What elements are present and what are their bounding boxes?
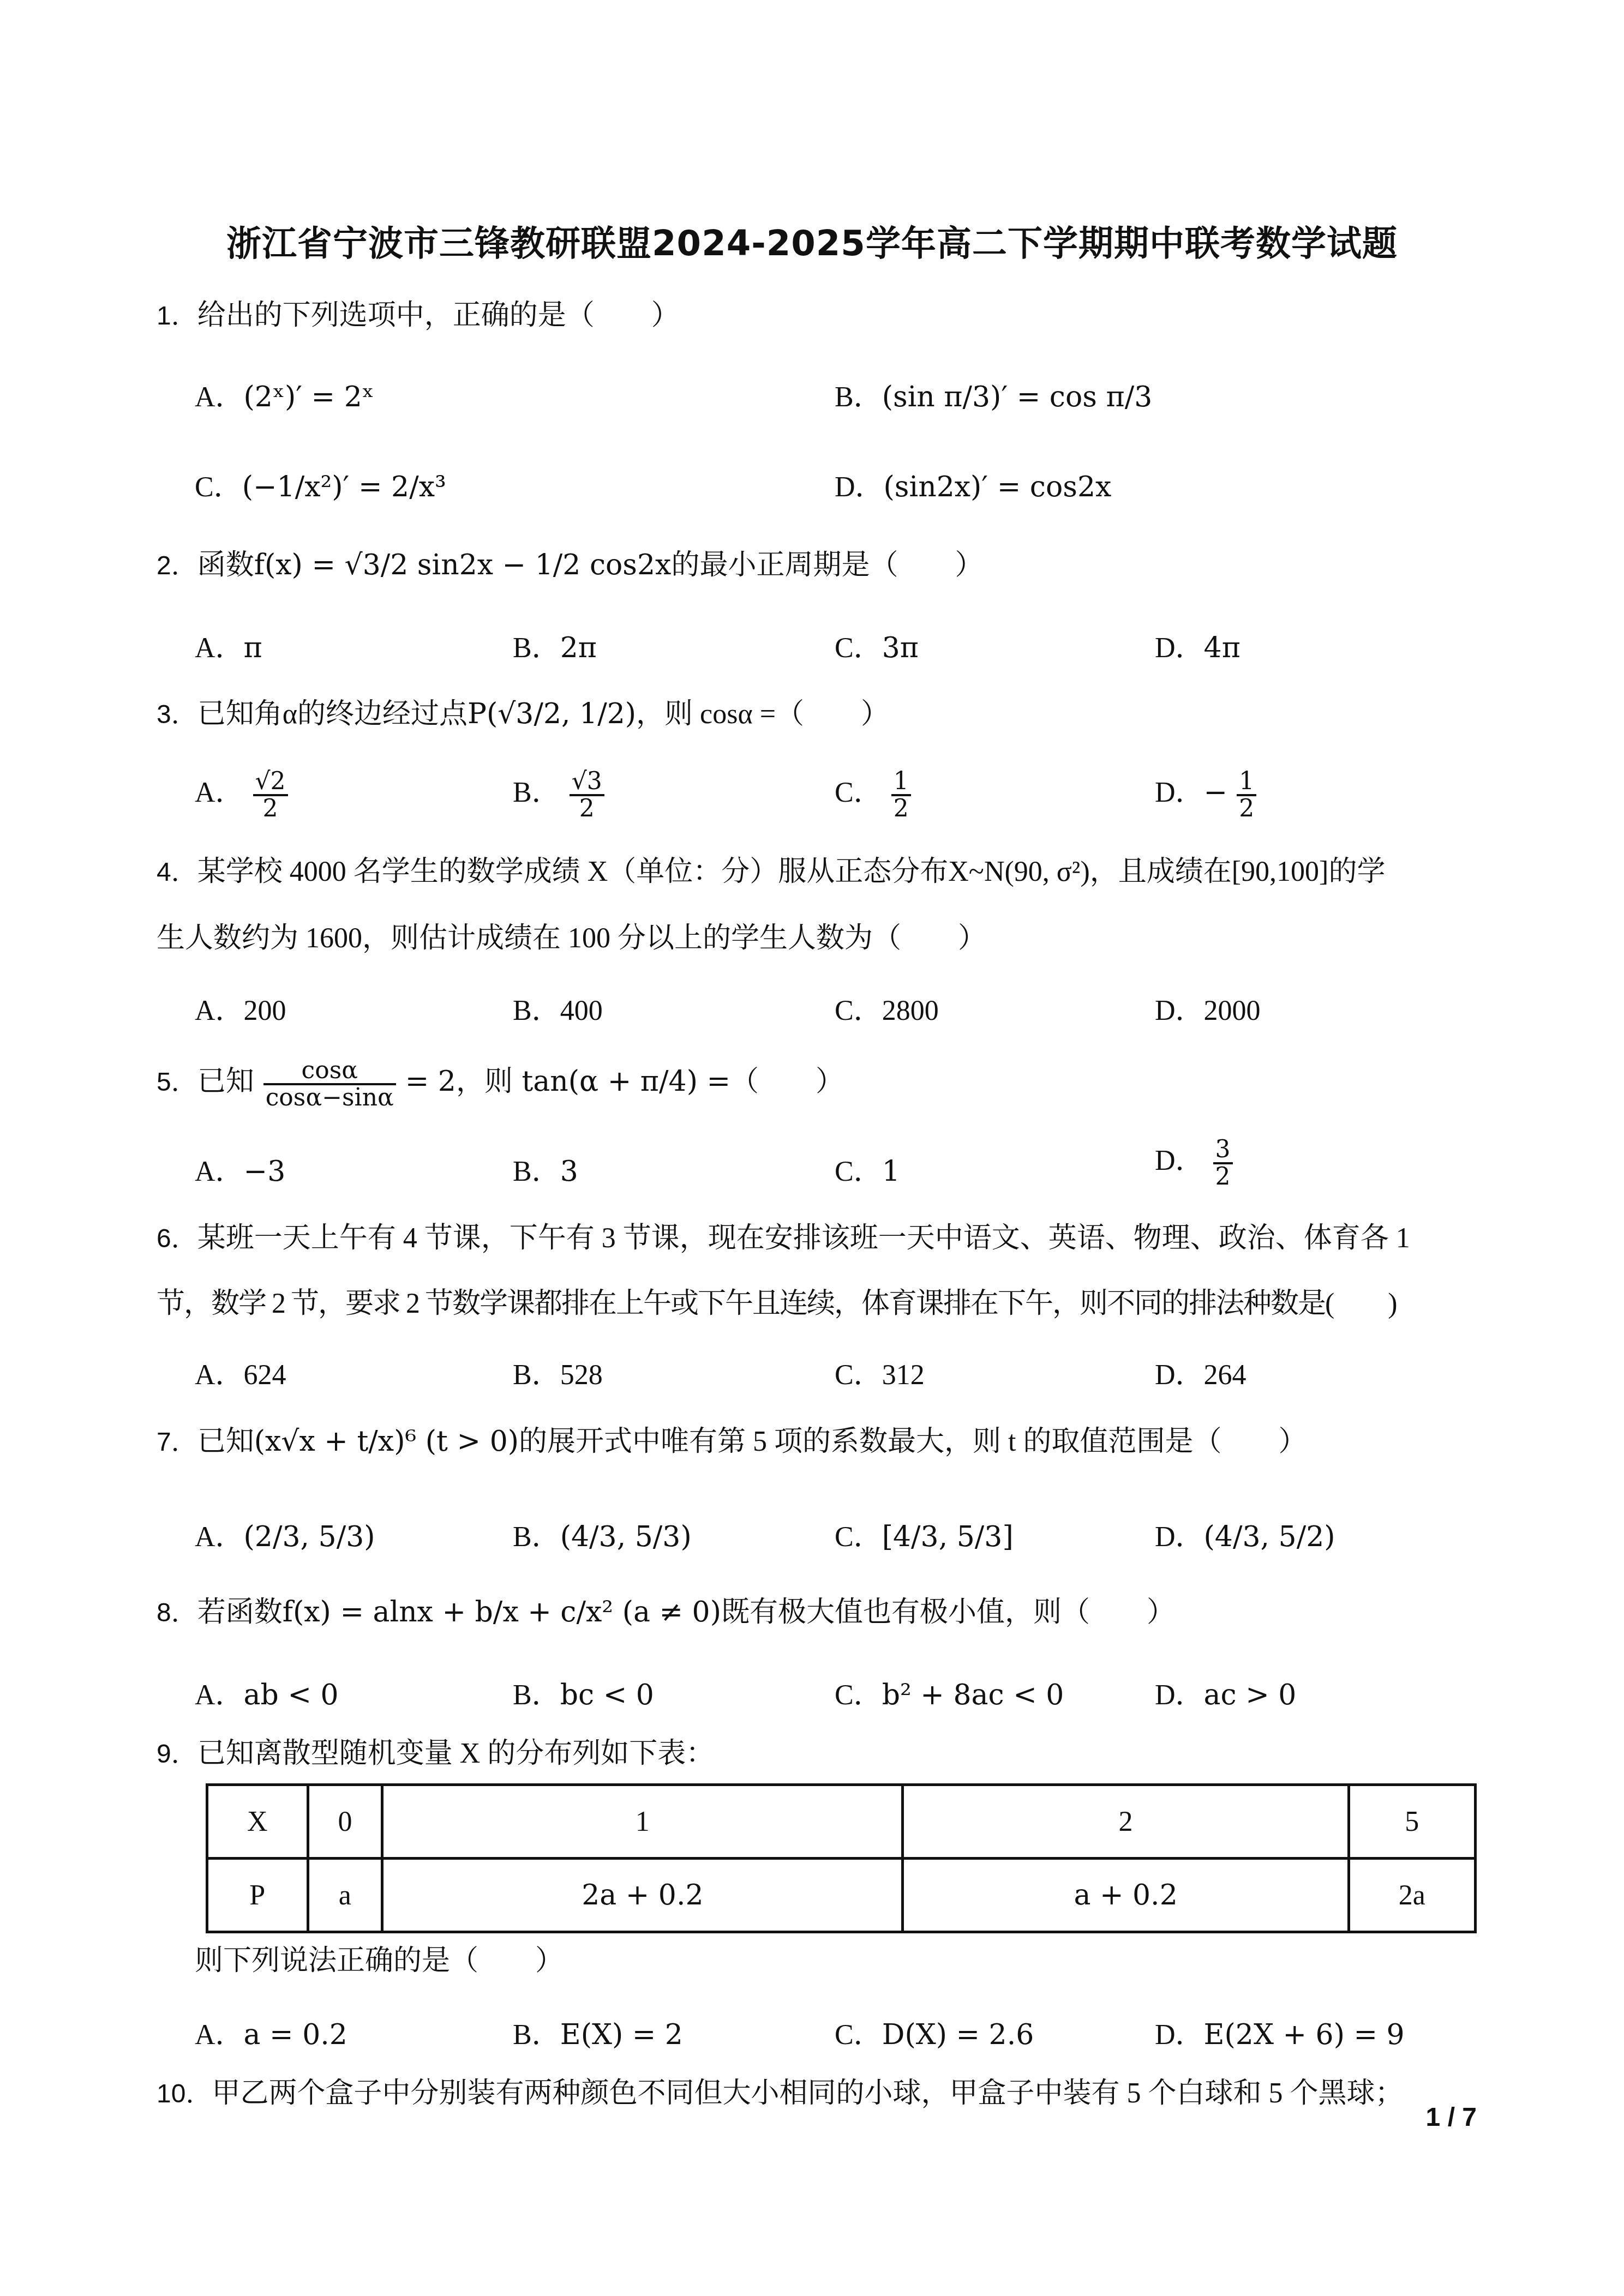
- question-6-option-a: A．624: [195, 1351, 286, 1392]
- question-4-stem-line2: 生人数约为 1600，则估计成绩在 100 分以上的学生人数为（ ）: [157, 922, 986, 955]
- fraction: √22: [253, 769, 288, 821]
- question-1-stem: 1．给出的下列选项中，正确的是（ ）: [157, 299, 680, 333]
- fraction: 12: [891, 769, 911, 821]
- question-6-stem-line2: 节，数学 2 节，要求 2 节数学课都排在上午或下午且连续，体育课排在下午，则不…: [157, 1287, 1397, 1321]
- question-5-option-c: C．1: [835, 1148, 900, 1189]
- page-title: 浙江省宁波市三锋教研联盟2024-2025学年高二下学期期中联考数学试题: [0, 215, 1624, 266]
- table-cell: a: [308, 1859, 382, 1932]
- table-cell: 5: [1349, 1785, 1475, 1859]
- fraction: 12: [1237, 769, 1256, 821]
- table-cell: a + 0.2: [903, 1859, 1349, 1932]
- table-row: X 0 1 2 5: [207, 1785, 1476, 1859]
- question-5-option-b: B．3: [513, 1148, 578, 1189]
- question-1-option-c: C．(−1/x²)′ = 2/x³: [195, 464, 446, 504]
- question-6-option-c: C．312: [835, 1351, 925, 1392]
- question-2-option-d: D．4π: [1155, 624, 1241, 665]
- table-cell: 2: [903, 1785, 1349, 1859]
- fraction: cosαcosα−sinα: [263, 1058, 396, 1110]
- question-1-option-b: B．(sin π/3)′ = cos π/3: [835, 374, 1152, 414]
- question-5-option-a: A．−3: [195, 1148, 285, 1189]
- question-3-stem: 3．已知角α的终边经过点P(√3/2, 1/2)，则 cosα =（ ）: [157, 697, 889, 731]
- question-7-option-b: B．(4/3, 5/3): [513, 1513, 692, 1554]
- question-3-option-b: B． √32: [513, 769, 607, 821]
- question-2-option-b: B．2π: [513, 624, 597, 665]
- exam-page: 浙江省宁波市三锋教研联盟2024-2025学年高二下学期期中联考数学试题 1．给…: [0, 0, 1624, 2296]
- question-7-option-a: A．(2/3, 5/3): [195, 1513, 375, 1554]
- question-7-stem: 7．已知(x√x + t/x)⁶ (t > 0)的展开式中唯有第 5 项的系数最…: [157, 1425, 1307, 1459]
- question-8-option-c: C．b² + 8ac < 0: [835, 1672, 1064, 1712]
- question-7-option-d: D．(4/3, 5/2): [1155, 1513, 1335, 1554]
- question-number: 1．: [157, 302, 197, 330]
- question-6-option-b: B．528: [513, 1351, 603, 1392]
- table-cell: 2a: [1349, 1859, 1475, 1932]
- question-7-option-c: C．[4/3, 5/3]: [835, 1513, 1014, 1554]
- table-cell: 2a + 0.2: [382, 1859, 903, 1932]
- question-10-stem: 10．甲乙两个盒子中分别装有两种颜色不同但大小相同的小球，甲盒子中装有 5 个白…: [157, 2077, 1403, 2111]
- question-2-option-a: A．π: [195, 624, 262, 665]
- table-row: P a 2a + 0.2 a + 0.2 2a: [207, 1859, 1476, 1932]
- question-4-option-c: C．2800: [835, 987, 939, 1028]
- table-cell: X: [207, 1785, 308, 1859]
- table-cell: 1: [382, 1785, 903, 1859]
- question-4-option-d: D．2000: [1155, 987, 1261, 1028]
- question-5-stem: 5．已知 cosαcosα−sinα = 2，则 tan(α + π/4) =（…: [157, 1058, 844, 1110]
- question-9-stem: 9．已知离散型随机变量 X 的分布列如下表：: [157, 1737, 714, 1771]
- question-1-option-a: A．(2ˣ)′ = 2ˣ: [195, 374, 374, 414]
- fraction: 32: [1213, 1137, 1233, 1189]
- question-6-stem-line1: 6．某班一天上午有 4 节课，下午有 3 节课，现在安排该班一天中语文、英语、物…: [157, 1222, 1410, 1255]
- question-1-option-d: D．(sin2x)′ = cos2x: [835, 464, 1111, 504]
- question-9-option-a: A．a = 0.2: [195, 2011, 347, 2052]
- question-3-option-c: C． 12: [835, 769, 913, 821]
- fraction: √32: [570, 769, 604, 821]
- distribution-table: X 0 1 2 5 P a 2a + 0.2 a + 0.2 2a: [206, 1783, 1477, 1933]
- question-9-option-c: C．D(X) = 2.6: [835, 2011, 1034, 2052]
- question-2-stem: 2．函数f(x) = √3/2 sin2x − 1/2 cos2x的最小正周期是…: [157, 548, 983, 582]
- question-9-option-b: B．E(X) = 2: [513, 2011, 683, 2052]
- question-8-option-a: A．ab < 0: [195, 1672, 339, 1712]
- table-cell: 0: [308, 1785, 382, 1859]
- question-4-option-b: B．400: [513, 987, 603, 1028]
- question-6-option-d: D．264: [1155, 1351, 1247, 1392]
- question-8-option-d: D．ac > 0: [1155, 1672, 1296, 1712]
- question-3-option-a: A． √22: [195, 769, 290, 821]
- table-cell: P: [207, 1859, 308, 1932]
- question-8-option-b: B．bc < 0: [513, 1672, 654, 1712]
- question-4-stem-line1: 4．某学校 4000 名学生的数学成绩 X（单位：分）服从正态分布X~N(90,…: [157, 855, 1385, 889]
- page-indicator: 1 / 7: [1426, 2102, 1477, 2132]
- question-2-option-c: C．3π: [835, 624, 919, 665]
- question-8-stem: 8．若函数f(x) = alnx + b/x + c/x² (a ≠ 0)既有极…: [157, 1595, 1175, 1630]
- question-5-option-d: D． 32: [1155, 1137, 1235, 1189]
- question-9-follow-up: 则下列说法正确的是（ ）: [195, 1944, 564, 1978]
- question-4-option-a: A．200: [195, 987, 286, 1028]
- question-3-option-d: D．− 12: [1155, 769, 1259, 821]
- question-9-option-d: D．E(2X + 6) = 9: [1155, 2011, 1405, 2052]
